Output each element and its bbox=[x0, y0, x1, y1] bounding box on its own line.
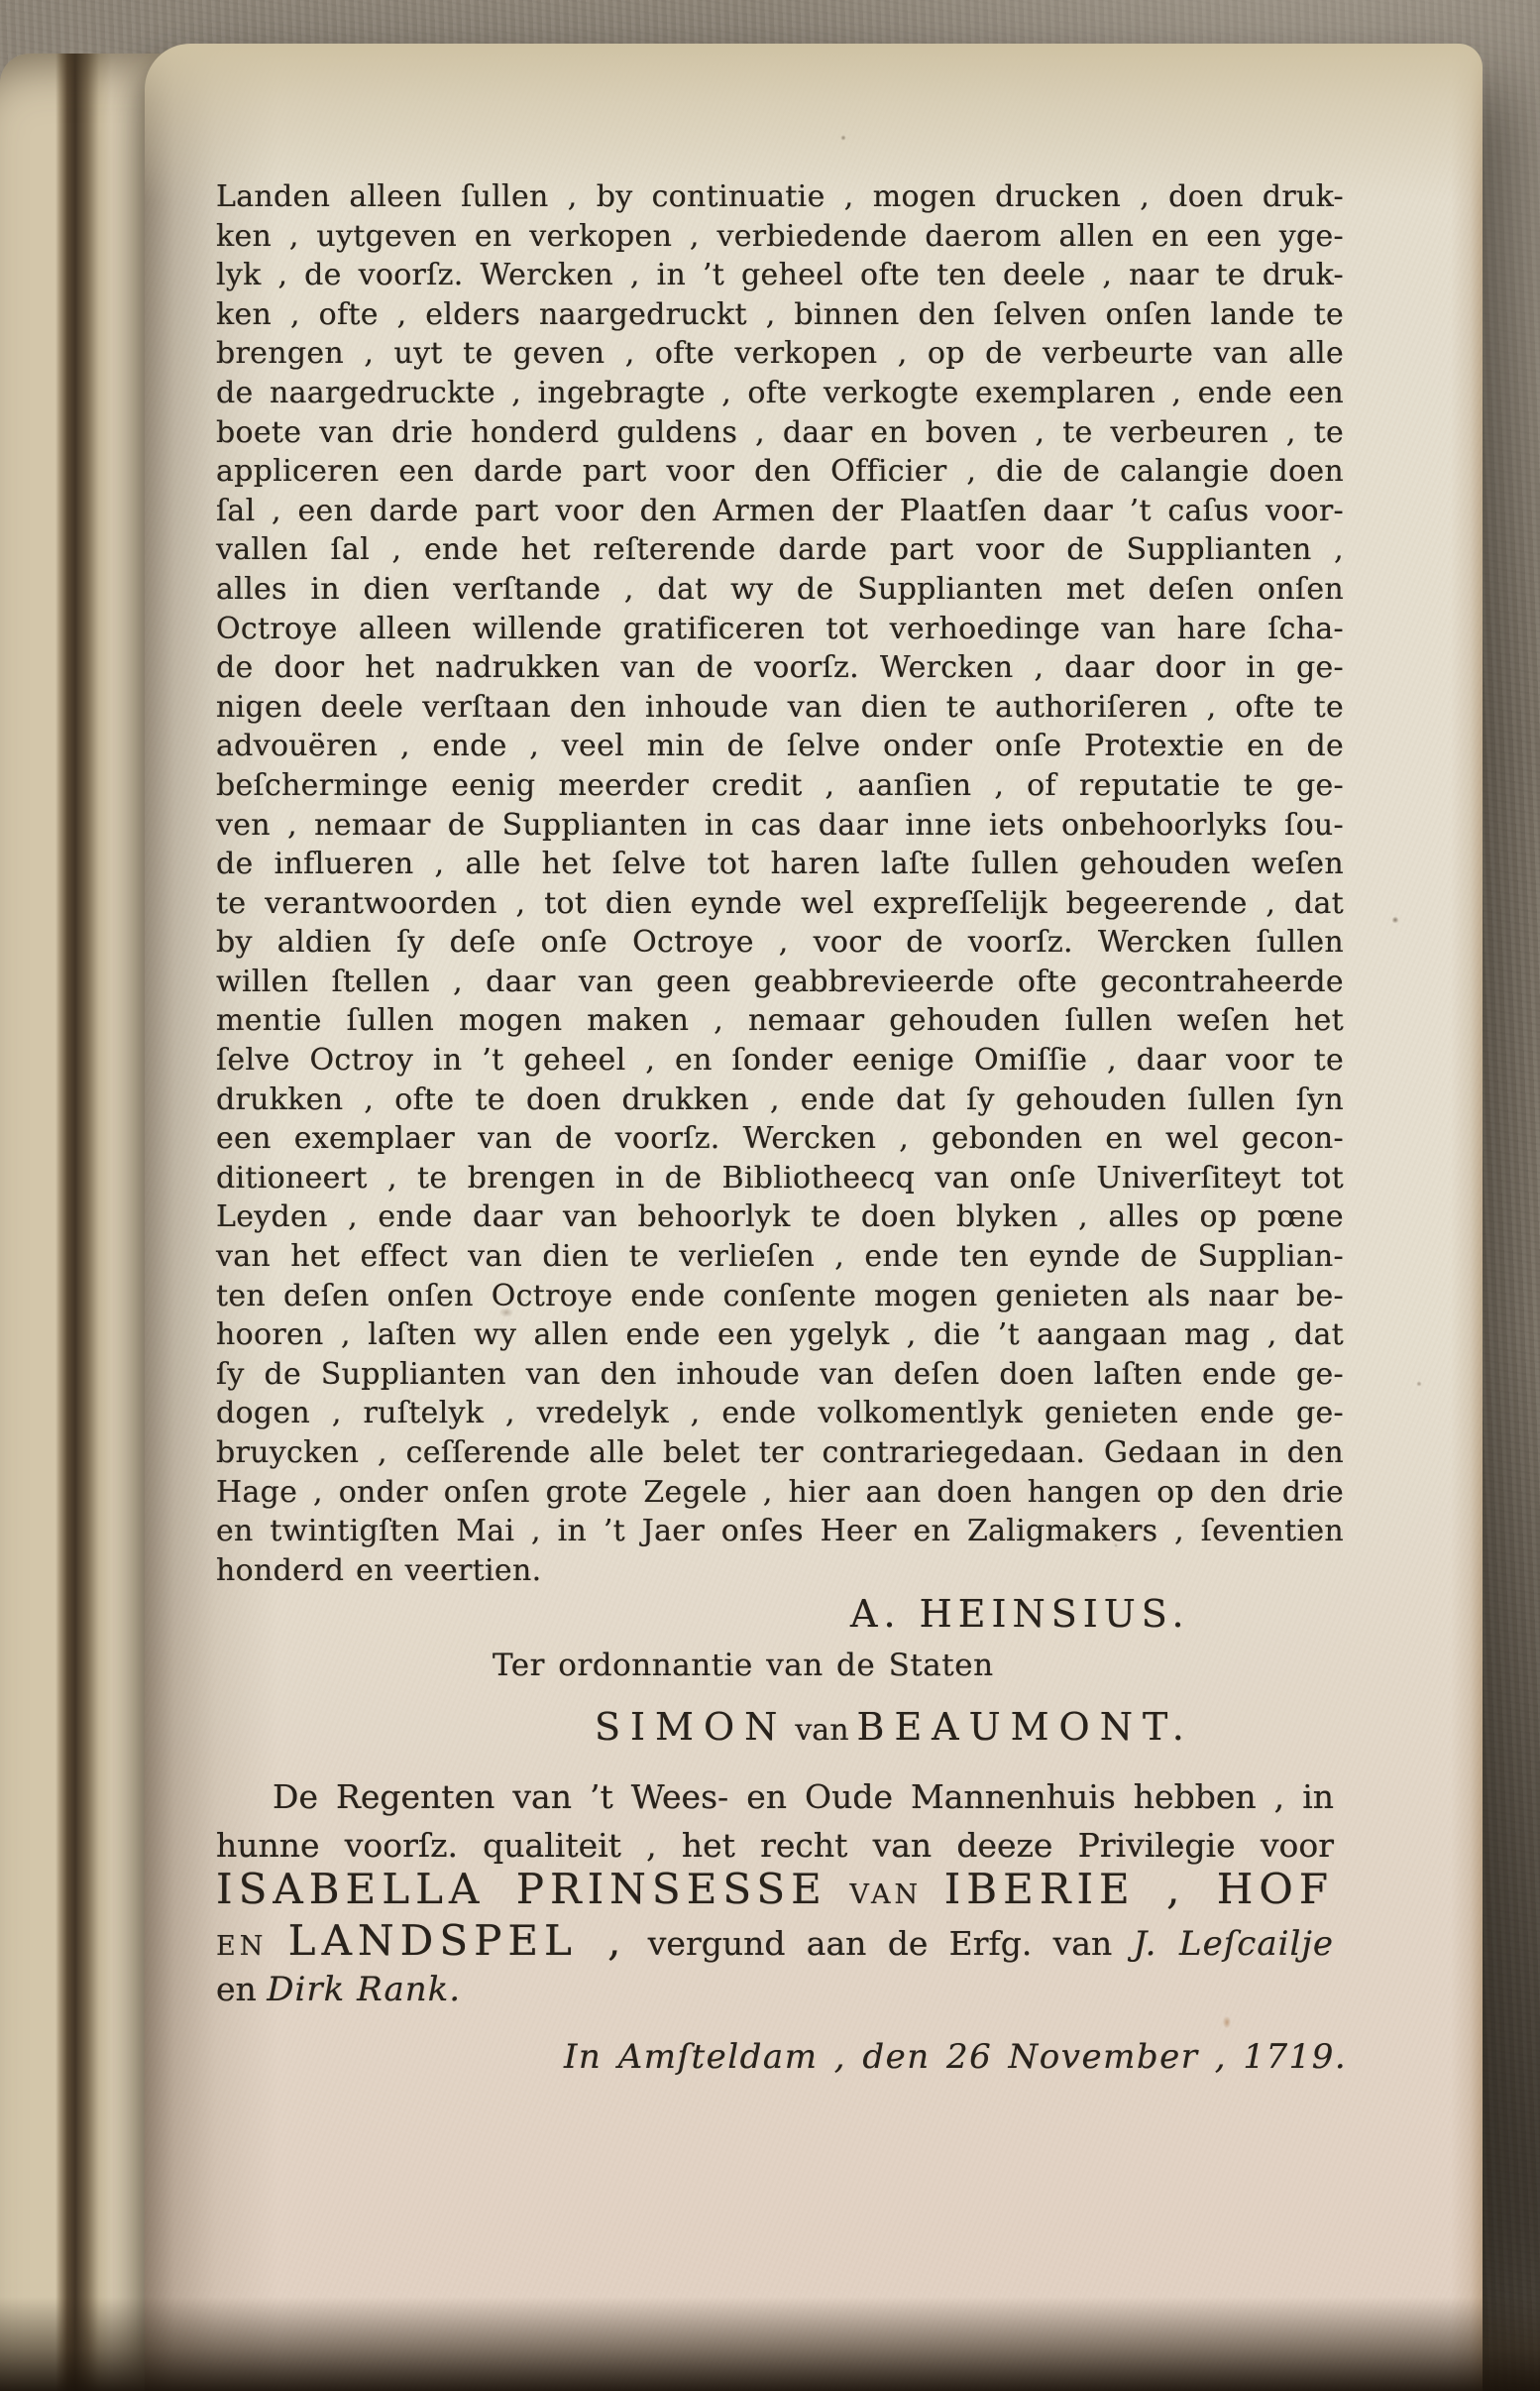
text-line: een exemplaer van de voorſz. Wercken , g… bbox=[216, 1119, 1344, 1159]
text-line: de influeren , alle het ſelve tot haren … bbox=[216, 845, 1344, 884]
text-line: ditioneert , te brengen in de Bibliothee… bbox=[216, 1159, 1344, 1198]
text-line: Octroye alleen willende gratificeren tot… bbox=[216, 610, 1344, 649]
text-line: ken , uytgeven en verkopen , verbiedende… bbox=[216, 217, 1344, 257]
text-line: mentie ſullen mogen maken , nemaar gehou… bbox=[216, 1001, 1344, 1041]
lescailje-italic: J. Leſcailje bbox=[1134, 1924, 1334, 1964]
text-line: by aldien ſy deſe onſe Octroye , voor de… bbox=[216, 923, 1344, 963]
photo-bottom-shadow bbox=[0, 2297, 1540, 2391]
text-line: de door het nadrukken van de voorſz. Wer… bbox=[216, 648, 1344, 688]
text-line: alles in dien verſtande , dat wy de Supp… bbox=[216, 570, 1344, 610]
text-line: honderd en veertien. bbox=[216, 1551, 1344, 1591]
text-line: te verantwoorden , tot dien eynde wel ex… bbox=[216, 884, 1344, 924]
text-line: Landen alleen ſullen , by continuatie , … bbox=[216, 177, 1344, 217]
text-line: drukken , ofte te doen drukken , ende da… bbox=[216, 1081, 1344, 1120]
text-line: de naargedruckte , ingebragte , ofte ver… bbox=[216, 374, 1344, 413]
amsterdam-dateline: In Amſteldam , den 26 November , 1719. bbox=[564, 2037, 1347, 2077]
en-smallcaps: en bbox=[216, 1931, 267, 1962]
signature-heinsius: A. HEINSIUS. bbox=[850, 1592, 1190, 1636]
landspel-caps: LANDSPEL , bbox=[288, 1916, 627, 1965]
text-line: ten deſen onſen Octroye ende conſente mo… bbox=[216, 1277, 1344, 1316]
text-line: dogen , ruſtelyk , vredelyk , ende volko… bbox=[216, 1394, 1344, 1433]
van-smallcaps: van bbox=[849, 1879, 922, 1910]
text-line: hunne voorſz. qualiteit , het recht van … bbox=[216, 1826, 1334, 1865]
dirk-rank-italic: Dirk Rank. bbox=[267, 1970, 461, 2009]
text-line: bruycken , ceſſerende alle belet ter con… bbox=[216, 1433, 1344, 1473]
text-line: en LANDSPEL , vergund aan de Erfg. van J… bbox=[216, 1916, 1334, 1965]
text-line: nigen deele verſtaan den inhoude van die… bbox=[216, 688, 1344, 728]
text-line: vallen ſal , ende het reſterende darde p… bbox=[216, 530, 1344, 570]
text-line: advouëren , ende , veel min de ſelve ond… bbox=[216, 727, 1344, 766]
text-line: brengen , uyt te geven , ofte verkopen ,… bbox=[216, 334, 1344, 374]
signature-beaumont: SIMONvanBEAUMONT. bbox=[595, 1705, 1194, 1749]
ordonnantie-line: Ter ordonnantie van de Staten bbox=[493, 1648, 994, 1683]
text-line: en Dirk Rank. bbox=[216, 1970, 1334, 2009]
text-line: ISABELLA PRINSESSE van IBERIE , HOF bbox=[216, 1865, 1334, 1913]
text-line: ken , ofte , elders naargedruckt , binne… bbox=[216, 295, 1344, 335]
text-line: ſal , een darde part voor den Armen der … bbox=[216, 492, 1344, 531]
text-line: De Regenten van ’t Wees- en Oude Mannenh… bbox=[216, 1777, 1334, 1816]
iberie-hof-caps: IBERIE , HOF bbox=[944, 1865, 1334, 1913]
text-line: hooren , laſten wy allen ende een ygelyk… bbox=[216, 1315, 1344, 1355]
en-text: en bbox=[216, 1970, 257, 2008]
text-line: van het effect van dien te verlieſen , e… bbox=[216, 1237, 1344, 1277]
regenten-note: De Regenten van ’t Wees- en Oude Mannenh… bbox=[216, 1777, 1334, 2035]
text-line: Leyden , ende daar van behoorlyk te doen… bbox=[216, 1197, 1344, 1237]
book-underpages-edge bbox=[0, 54, 166, 2391]
text-line: ſy de Supplianten van den inhoude van de… bbox=[216, 1355, 1344, 1395]
text-line: boete van drie honderd guldens , daar en… bbox=[216, 413, 1344, 453]
text-line: ven , nemaar de Supplianten in cas daar … bbox=[216, 806, 1344, 846]
text-line: beſcherminge eenig meerder credit , aanſ… bbox=[216, 766, 1344, 806]
signature-beaumont-last: BEAUMONT. bbox=[857, 1705, 1194, 1749]
text-line: en twintigſten Mai , in ’t Jaer onſes He… bbox=[216, 1512, 1344, 1551]
text-line: willen ſtellen , daar van geen geabbrevi… bbox=[216, 963, 1344, 1002]
book-page: Landen alleen ſullen , by continuatie , … bbox=[145, 44, 1483, 2391]
isabella-caps: ISABELLA PRINSESSE bbox=[216, 1865, 827, 1913]
signature-beaumont-first: SIMON bbox=[595, 1705, 787, 1749]
text-line: ſelve Octroy in ’t geheel , en ſonder ee… bbox=[216, 1041, 1344, 1081]
text-line: lyk , de voorſz. Wercken , in ’t geheel … bbox=[216, 256, 1344, 295]
text-line: Hage , onder onſen grote Zegele , hier a… bbox=[216, 1473, 1344, 1513]
text-line: appliceren een darde part voor den Offic… bbox=[216, 452, 1344, 492]
vergund-text: vergund aan de Erfg. van bbox=[648, 1924, 1112, 1963]
signature-beaumont-van: van bbox=[795, 1713, 848, 1748]
privilege-text-block: Landen alleen ſullen , by continuatie , … bbox=[216, 177, 1344, 1590]
photo-scene: Landen alleen ſullen , by continuatie , … bbox=[0, 0, 1540, 2391]
